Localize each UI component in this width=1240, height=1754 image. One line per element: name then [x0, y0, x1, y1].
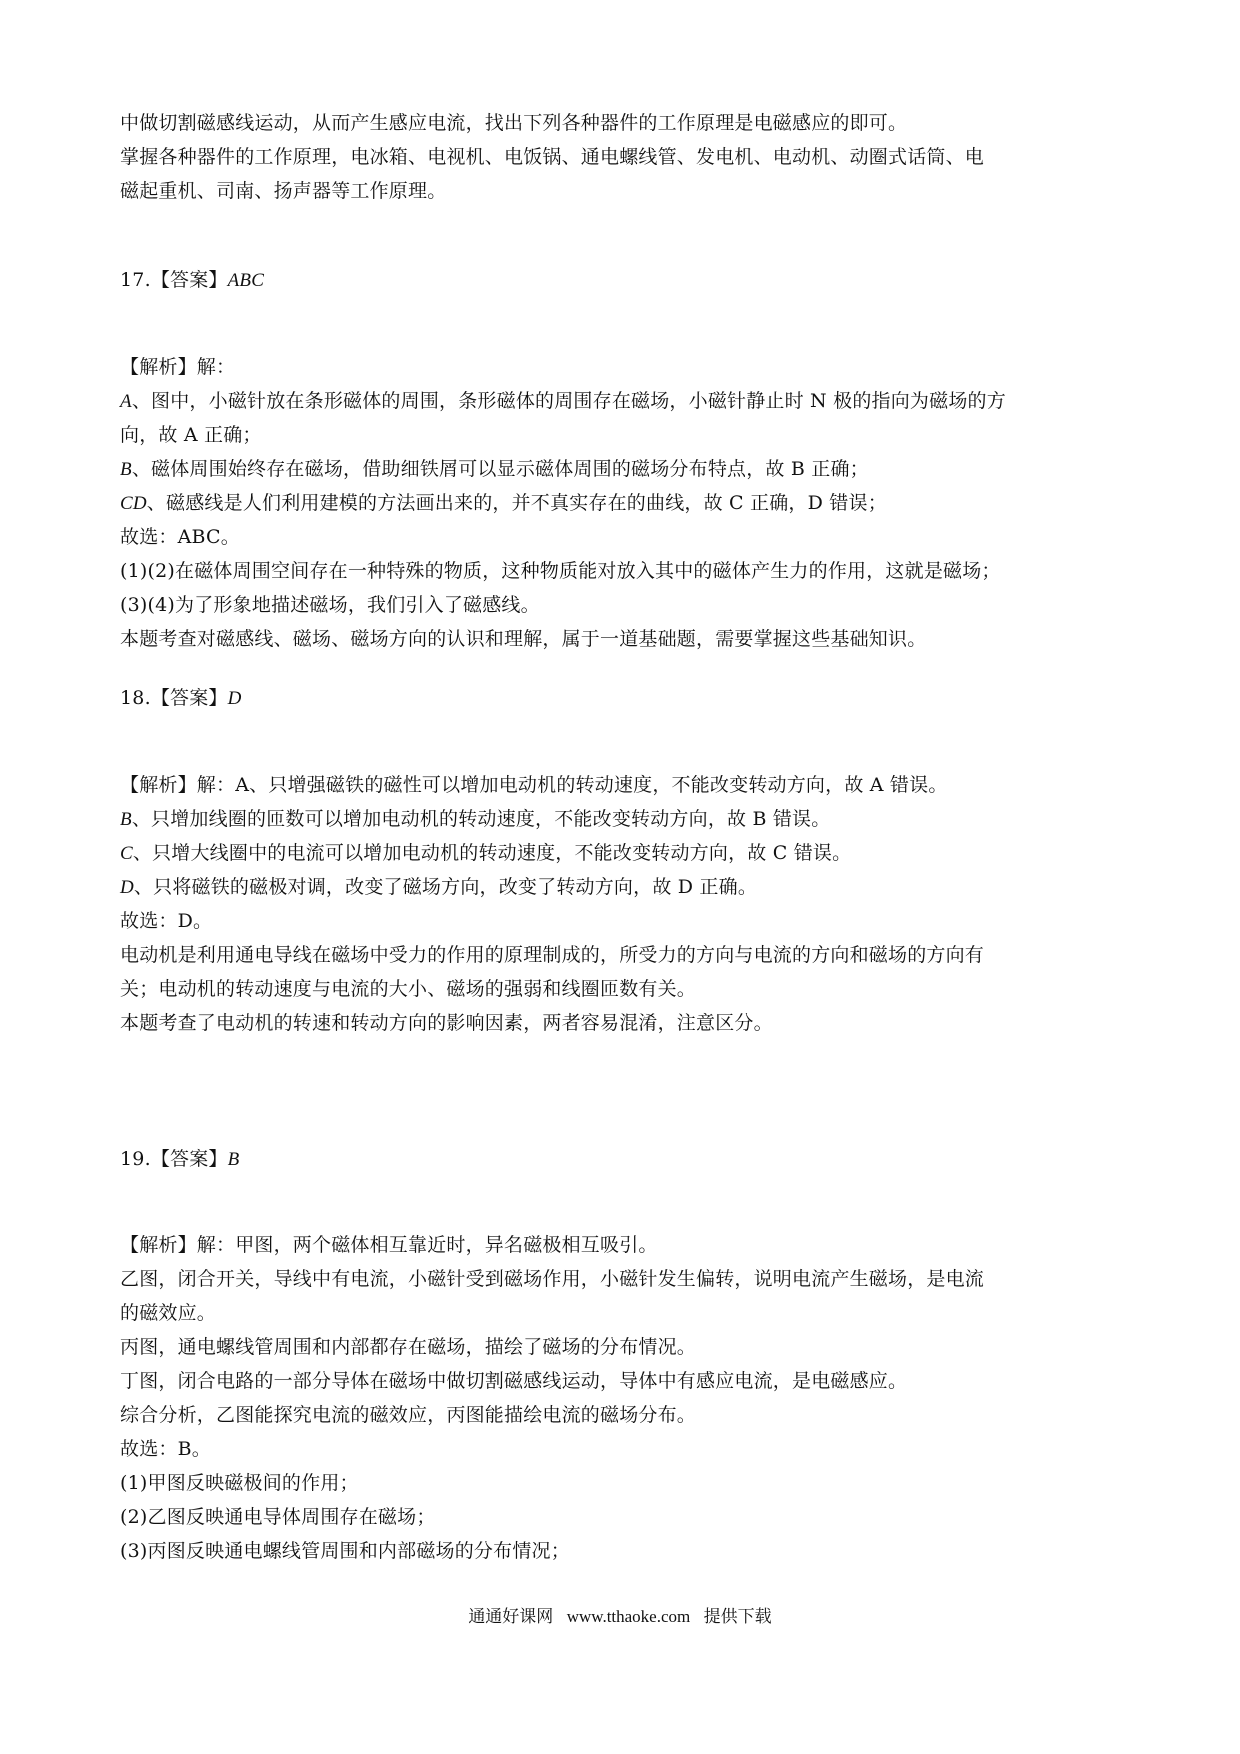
q17-answer-value: ABC [228, 270, 265, 291]
q17-line-text: (3)(4)为了形象地描述磁场，我们引入了磁感线。 [120, 594, 540, 616]
q19-line-7: 故选：B。 [120, 1437, 211, 1461]
q19-line-6: 综合分析，乙图能探究电流的磁效应，丙图能描绘电流的磁场分布。 [120, 1403, 696, 1427]
q17-line-text: 本题考查对磁感线、磁场、磁场方向的认识和理解，属于一道基础题，需要掌握这些基础知… [120, 628, 926, 650]
q18-answer-line: 18.【答案】D [120, 686, 242, 711]
q17-line-text: 故选：ABC。 [120, 526, 240, 548]
q19-answer-prefix: 19.【答案】 [120, 1148, 228, 1170]
q19-line-5: 丁图，闭合电路的一部分导体在磁场中做切割磁感线运动，导体中有感应电流，是电磁感应… [120, 1369, 907, 1393]
document-page: 中做切割磁感线运动，从而产生感应电流，找出下列各种器件的工作原理是电磁感应的即可… [0, 0, 1240, 1754]
q17-line-6: (1)(2)在磁体周围空间存在一种特殊的物质，这种物质能对放入其中的磁体产生力的… [120, 559, 1001, 583]
q19-answer-line: 19.【答案】B [120, 1147, 239, 1172]
q17-answer-prefix: 17.【答案】 [120, 269, 228, 291]
q18-option-label: C [120, 843, 133, 864]
q18-line-8: 本题考查了电动机的转速和转动方向的影响因素，两者容易混淆，注意区分。 [120, 1011, 773, 1035]
q18-line-1: 【解析】解：A、只增强磁铁的磁性可以增加电动机的转动速度，不能改变转动方向，故 … [120, 773, 948, 797]
q18-line-text: 故选：D。 [120, 910, 212, 932]
footer-suffix: 提供下载 [704, 1607, 772, 1627]
q18-option-label: B [120, 809, 132, 830]
q19-line-3: 的磁效应。 [120, 1301, 216, 1325]
q18-line-2: B、只增加线圈的匝数可以增加电动机的转动速度，不能改变转动方向，故 B 错误。 [120, 807, 830, 832]
q17-line-text: (1)(2)在磁体周围空间存在一种特殊的物质，这种物质能对放入其中的磁体产生力的… [120, 560, 1001, 582]
q19-line-text: 丙图，通电螺线管周围和内部都存在磁场，描绘了磁场的分布情况。 [120, 1336, 696, 1358]
q17-analysis-heading: 【解析】解： [120, 355, 235, 379]
q17-line-text: 、磁体周围始终存在磁场，借助细铁屑可以显示磁体周围的磁场分布特点，故 B 正确； [132, 458, 869, 480]
q18-line-text: 【解析】解：A、只增强磁铁的磁性可以增加电动机的转动速度，不能改变转动方向，故 … [120, 774, 948, 796]
q17-line-7: (3)(4)为了形象地描述磁场，我们引入了磁感线。 [120, 593, 540, 617]
q19-line-text: 丁图，闭合电路的一部分导体在磁场中做切割磁感线运动，导体中有感应电流，是电磁感应… [120, 1370, 907, 1392]
q18-line-text: 关；电动机的转动速度与电流的大小、磁场的强弱和线圈匝数有关。 [120, 978, 696, 1000]
q17-line-8: 本题考查对磁感线、磁场、磁场方向的认识和理解，属于一道基础题，需要掌握这些基础知… [120, 627, 926, 651]
q17-line-5: 故选：ABC。 [120, 525, 240, 549]
q19-line-text: 故选：B。 [120, 1438, 211, 1460]
q17-option-label: A [120, 391, 132, 412]
q17-line-1: A、图中，小磁针放在条形磁体的周围，条形磁体的周围存在磁场，小磁针静止时 N 极… [120, 389, 1006, 414]
q18-answer-prefix: 18.【答案】 [120, 687, 228, 709]
q19-line-text: 【解析】解：甲图，两个磁体相互靠近时，异名磁极相互吸引。 [120, 1234, 658, 1256]
q18-line-text: 、只增加线圈的匝数可以增加电动机的转动速度，不能改变转动方向，故 B 错误。 [132, 808, 831, 830]
q18-line-text: 本题考查了电动机的转速和转动方向的影响因素，两者容易混淆，注意区分。 [120, 1012, 773, 1034]
q19-line-2: 乙图，闭合开关，导线中有电流，小磁针受到磁场作用，小磁针发生偏转，说明电流产生磁… [120, 1267, 984, 1291]
q19-line-1: 【解析】解：甲图，两个磁体相互靠近时，异名磁极相互吸引。 [120, 1233, 658, 1257]
q18-answer-value: D [228, 688, 242, 709]
q18-line-7: 关；电动机的转动速度与电流的大小、磁场的强弱和线圈匝数有关。 [120, 977, 696, 1001]
q17-line-4: CD、磁感线是人们利用建模的方法画出来的，并不真实存在的曲线，故 C 正确，D … [120, 491, 887, 516]
q17-option-label: B [120, 459, 132, 480]
q18-line-3: C、只增大线圈中的电流可以增加电动机的转动速度，不能改变转动方向，故 C 错误。 [120, 841, 851, 866]
q19-line-text: 综合分析，乙图能探究电流的磁效应，丙图能描绘电流的磁场分布。 [120, 1404, 696, 1426]
q17-line-text: 向，故 A 正确； [120, 424, 262, 446]
q18-line-6: 电动机是利用通电导线在磁场中受力的作用的原理制成的，所受力的方向与电流的方向和磁… [120, 943, 984, 967]
q17-line-2: 向，故 A 正确； [120, 423, 262, 447]
q17-line-text: 、图中，小磁针放在条形磁体的周围，条形磁体的周围存在磁场，小磁针静止时 N 极的… [132, 390, 1006, 412]
q18-line-text: 、只增大线圈中的电流可以增加电动机的转动速度，不能改变转动方向，故 C 错误。 [133, 842, 851, 864]
q18-line-text: 电动机是利用通电导线在磁场中受力的作用的原理制成的，所受力的方向与电流的方向和磁… [120, 944, 984, 966]
q19-line-4: 丙图，通电螺线管周围和内部都存在磁场，描绘了磁场的分布情况。 [120, 1335, 696, 1359]
footer-site-name: 通通好课网 [468, 1607, 553, 1627]
q18-option-label: D [120, 877, 134, 898]
q17-line-text: 、磁感线是人们利用建模的方法画出来的，并不真实存在的曲线，故 C 正确，D 错误… [147, 492, 887, 514]
footer-url-link[interactable]: www.tthaoke.com [567, 1607, 691, 1626]
q19-line-8: (1)甲图反映磁极间的作用； [120, 1471, 359, 1495]
q19-line-9: (2)乙图反映通电导体周围存在磁场； [120, 1505, 436, 1529]
page-footer: 通通好课网 www.tthaoke.com 提供下载 [0, 1606, 1240, 1628]
continuation-line-3: 磁起重机、司南、扬声器等工作原理。 [120, 179, 446, 203]
q17-option-label: CD [120, 493, 147, 514]
q17-line-3: B、磁体周围始终存在磁场，借助细铁屑可以显示磁体周围的磁场分布特点，故 B 正确… [120, 457, 869, 482]
q19-line-10: (3)丙图反映通电螺线管周围和内部磁场的分布情况； [120, 1539, 570, 1563]
q18-line-4: D、只将磁铁的磁极对调，改变了磁场方向，改变了转动方向，故 D 正确。 [120, 875, 757, 900]
q19-line-text: (3)丙图反映通电螺线管周围和内部磁场的分布情况； [120, 1540, 570, 1562]
q19-line-text: 乙图，闭合开关，导线中有电流，小磁针受到磁场作用，小磁针发生偏转，说明电流产生磁… [120, 1268, 984, 1290]
q18-line-text: 、只将磁铁的磁极对调，改变了磁场方向，改变了转动方向，故 D 正确。 [134, 876, 757, 898]
q17-answer-line: 17.【答案】ABC [120, 268, 264, 293]
q19-line-text: 的磁效应。 [120, 1302, 216, 1324]
q19-answer-value: B [228, 1149, 240, 1170]
continuation-line-1: 中做切割磁感线运动，从而产生感应电流，找出下列各种器件的工作原理是电磁感应的即可… [120, 111, 907, 135]
continuation-line-2: 掌握各种器件的工作原理，电冰箱、电视机、电饭锅、通电螺线管、发电机、电动机、动圈… [120, 145, 984, 169]
q18-line-5: 故选：D。 [120, 909, 212, 933]
q19-line-text: (2)乙图反映通电导体周围存在磁场； [120, 1506, 436, 1528]
q19-line-text: (1)甲图反映磁极间的作用； [120, 1472, 359, 1494]
